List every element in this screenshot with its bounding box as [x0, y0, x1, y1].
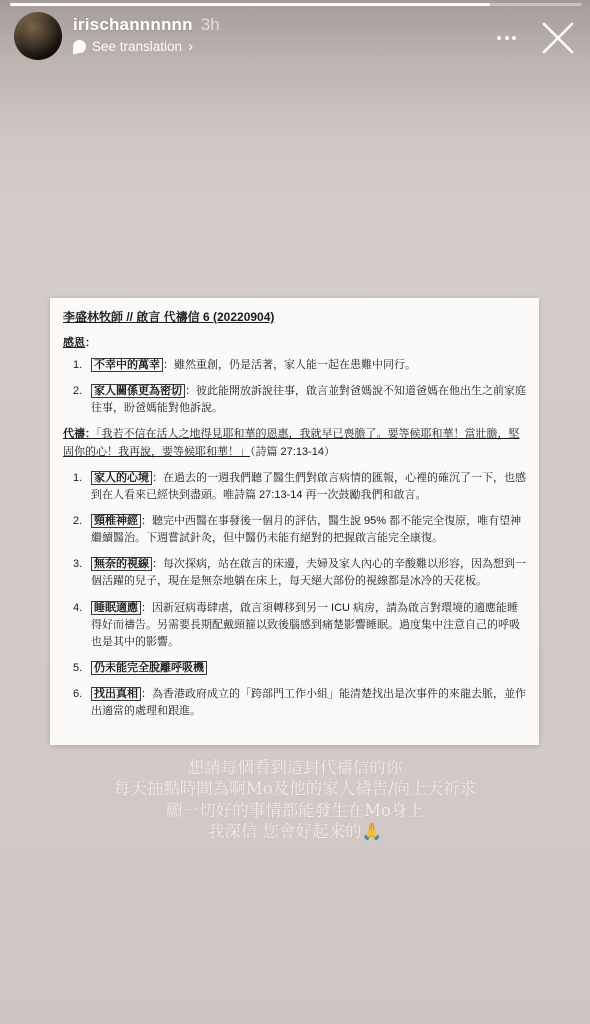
item-keyword: 無奈的視線 [91, 557, 152, 571]
story-header: irischannnnnn 3h See translation › [0, 0, 590, 72]
item-text: 因新冠病毒肆虐，啟言須轉移到另一 ICU 病房，請為啟言對環境的適應能睡得好而禱… [91, 602, 520, 648]
item-keyword: 不幸中的萬幸 [91, 358, 163, 372]
item-keyword: 仍未能完全脫離呼吸機 [91, 661, 207, 675]
prayer-reference: （詩篇 27:13-14） [250, 446, 335, 458]
thanksgiving-list: 不幸中的萬幸：雖然重創，仍是活著，家人能一起在患難中同行。家人關係更為密切：彼此… [63, 357, 526, 417]
header-actions [495, 20, 576, 56]
item-text: 在過去的一週我們聽了醫生們對啟言病情的匯報，心裡的確沉了一下，也感到在人看來已經… [91, 472, 526, 501]
ellipsis-dot-icon [505, 36, 509, 40]
close-button[interactable] [540, 20, 576, 56]
ellipsis-dot-icon [512, 36, 516, 40]
see-translation-label: See translation [92, 39, 182, 54]
list-item: 不幸中的萬幸：雖然重創，仍是活著，家人能一起在患難中同行。 [73, 357, 526, 374]
caption-line: 每天抽點時間為啊Mo及他的家人禱告/向上天祈求 [0, 778, 590, 799]
list-item: 仍未能完全脫離呼吸機 [73, 660, 526, 677]
list-item: 無奈的視線：每次探病，站在啟言的床邊，夫婦及家人內心的辛酸難以形容，因為想到一個… [73, 556, 526, 590]
prayer-request-list: 家人的心境：在過去的一週我們聽了醫生們對啟言病情的匯報，心裡的確沉了一下，也感到… [63, 470, 526, 721]
close-icon [540, 20, 576, 56]
caption-line: 想請每個看到這封代禱信的你 [0, 757, 590, 778]
ellipsis-dot-icon [497, 36, 501, 40]
item-text: 聽完中西醫在事發後一個月的評估，醫生說 95% 都不能完全復原，唯有望神繼續醫治… [91, 515, 521, 544]
list-item: 頸椎神經：聽完中西醫在事發後一個月的評估，醫生說 95% 都不能完全復原，唯有望… [73, 513, 526, 547]
prayer-verse-paragraph: 代禱：「我若不信在活人之地得見耶和華的恩惠，我就早已喪膽了。要等候耶和華！當壯膽… [63, 426, 526, 460]
list-item: 家人關係更為密切：彼此能開放訴說往事，啟言並對爸媽說不知道爸媽在他出生之前家庭往… [73, 383, 526, 417]
document-title: 李盛林牧師 // 啟言 代禱信 6 (20220904) [63, 308, 526, 327]
caption-line: 我深信 您會好起來的🙏 [0, 821, 590, 842]
item-text: 為香港政府成立的「跨部門工作小組」能清楚找出是次事件的來龍去脈，並作出適當的處理… [91, 688, 526, 717]
caption-line: 願一切好的事情都能發生在Mo身上 [0, 800, 590, 821]
see-translation-button[interactable]: See translation › [73, 39, 220, 54]
prayer-label: 代禱： [63, 428, 96, 440]
user-row: irischannnnnn 3h [73, 15, 220, 35]
item-keyword: 找出真相 [91, 687, 141, 701]
item-keyword: 頸椎神經 [91, 514, 141, 528]
chevron-right-icon: › [188, 39, 193, 54]
user-block: irischannnnnn 3h See translation › [73, 15, 220, 54]
story-timestamp: 3h [201, 15, 220, 35]
thanksgiving-label: 感恩 [63, 337, 85, 349]
item-text: 每次探病，站在啟言的床邊，夫婦及家人內心的辛酸難以形容，因為想到一個活躍的兒子，… [91, 558, 526, 587]
thanksgiving-heading: 感恩： [63, 335, 526, 352]
list-item: 睡眠適應：因新冠病毒肆虐，啟言須轉移到另一 ICU 病房，請為啟言對環境的適應能… [73, 600, 526, 651]
translation-bubble-icon [73, 40, 86, 53]
story-caption: 想請每個看到這封代禱信的你每天抽點時間為啊Mo及他的家人禱告/向上天祈求願一切好… [0, 757, 590, 843]
avatar[interactable] [14, 12, 62, 60]
list-item: 家人的心境：在過去的一週我們聽了醫生們對啟言病情的匯報，心裡的確沉了一下，也感到… [73, 470, 526, 504]
heading-colon: ： [85, 337, 96, 349]
prayer-letter-document: 李盛林牧師 // 啟言 代禱信 6 (20220904) 感恩： 不幸中的萬幸：… [50, 298, 539, 745]
more-options-button[interactable] [495, 28, 518, 48]
item-keyword: 家人關係更為密切 [91, 384, 185, 398]
item-keyword: 睡眠適應 [91, 601, 141, 615]
item-text: 雖然重創，仍是活著，家人能一起在患難中同行。 [174, 359, 416, 371]
list-item: 找出真相：為香港政府成立的「跨部門工作小組」能清楚找出是次事件的來龍去脈，並作出… [73, 686, 526, 720]
story-viewport: irischannnnnn 3h See translation › 李盛林牧師… [0, 0, 590, 1024]
item-keyword: 家人的心境 [91, 471, 152, 485]
username[interactable]: irischannnnnn [73, 15, 193, 35]
